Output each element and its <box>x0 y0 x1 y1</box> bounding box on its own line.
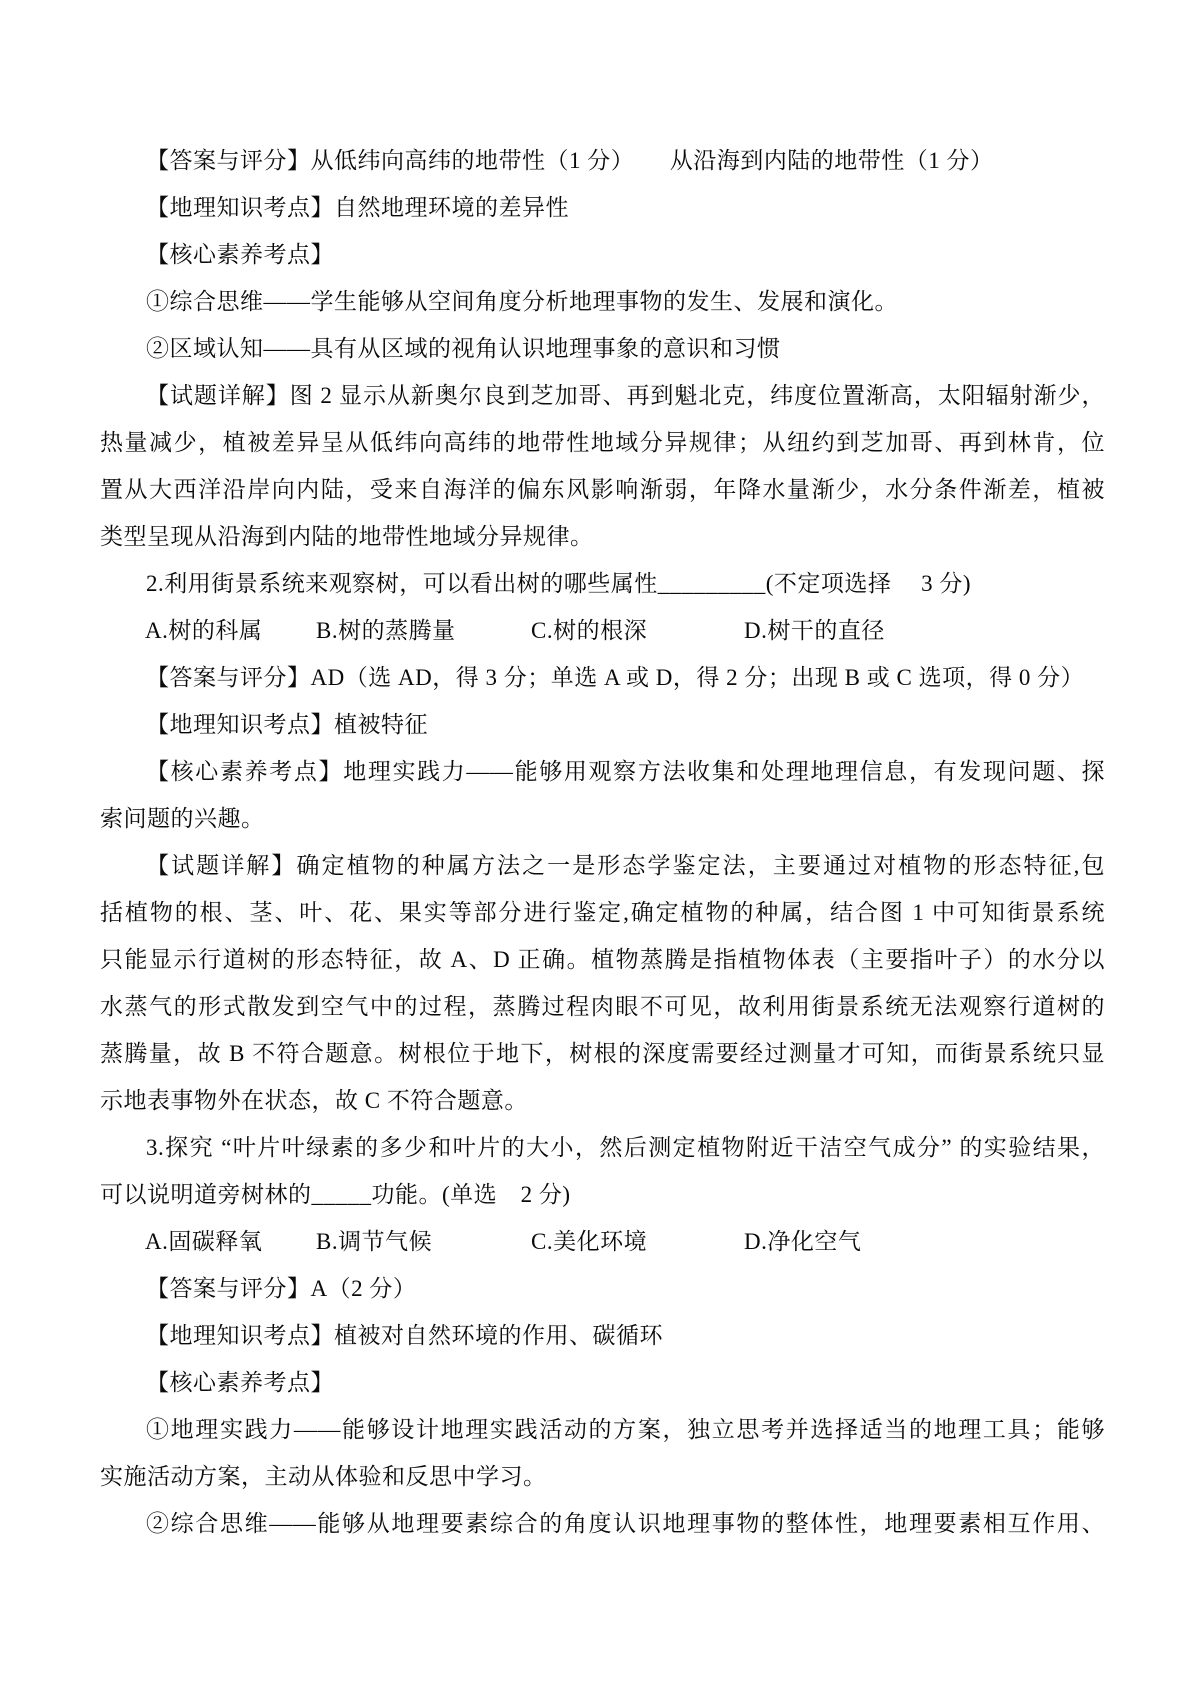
q3-option-a: A.固碳释氧 <box>145 1218 316 1265</box>
q2-detail-line-1: 【试题详解】确定植物的种属方法之一是形态学鉴定法，主要通过对植物的形态特征,包 <box>100 842 1105 889</box>
q1-knowledge-line: 【地理知识考点】自然地理环境的差异性 <box>100 184 1105 231</box>
q2-core-line-2: 索问题的兴趣。 <box>100 795 1105 842</box>
q2-option-d: D.树干的直径 <box>744 607 885 654</box>
q1-detail-line-1: 【试题详解】图 2 显示从新奥尔良到芝加哥、再到魁北克，纬度位置渐高，太阳辐射渐… <box>100 372 1105 419</box>
q2-detail-line-6: 示地表事物外在状态，故 C 不符合题意。 <box>100 1077 1105 1124</box>
q2-question-line: 2.利用街景系统来观察树，可以看出树的哪些属性_________(不定项选择 3… <box>100 560 1105 607</box>
q3-core-header-line: 【核心素养考点】 <box>100 1359 1105 1406</box>
q3-options-row: A.固碳释氧 B.调节气候 C.美化环境 D.净化空气 <box>100 1218 1105 1265</box>
q3-option-c: C.美化环境 <box>531 1218 744 1265</box>
q2-option-c: C.树的根深 <box>531 607 744 654</box>
q1-detail-line-4: 类型呈现从沿海到内陆的地带性地域分异规律。 <box>100 513 1105 560</box>
document-content: 【答案与评分】从低纬向高纬的地带性（1 分） 从沿海到内陆的地带性（1 分） 【… <box>100 137 1105 1547</box>
q2-knowledge-line: 【地理知识考点】植被特征 <box>100 701 1105 748</box>
q2-options-row: A.树的科属 B.树的蒸腾量 C.树的根深 D.树干的直径 <box>100 607 1105 654</box>
q2-core-line-1: 【核心素养考点】地理实践力——能够用观察方法收集和处理地理信息，有发现问题、探 <box>100 748 1105 795</box>
q3-core-point-1-line-2: 实施活动方案，主动从体验和反思中学习。 <box>100 1453 1105 1500</box>
q3-core-point-2-line: ②综合思维——能够从地理要素综合的角度认识地理事物的整体性，地理要素相互作用、 <box>100 1500 1105 1547</box>
q2-answer-line: 【答案与评分】AD（选 AD，得 3 分；单选 A 或 D，得 2 分；出现 B… <box>100 654 1105 701</box>
q1-answer-line: 【答案与评分】从低纬向高纬的地带性（1 分） 从沿海到内陆的地带性（1 分） <box>100 137 1105 184</box>
q1-core-header-line: 【核心素养考点】 <box>100 231 1105 278</box>
q2-detail-line-3: 只能显示行道树的形态特征，故 A、D 正确。植物蒸腾是指植物体表（主要指叶子）的… <box>100 936 1105 983</box>
q3-core-point-1-line-1: ①地理实践力——能够设计地理实践活动的方案，独立思考并选择适当的地理工具；能够 <box>100 1406 1105 1453</box>
q2-detail-line-5: 蒸腾量，故 B 不符合题意。树根位于地下，树根的深度需要经过测量才可知，而街景系… <box>100 1030 1105 1077</box>
q2-option-a: A.树的科属 <box>145 607 316 654</box>
q1-detail-line-2: 热量减少，植被差异呈从低纬向高纬的地带性地域分异规律；从纽约到芝加哥、再到林肯，… <box>100 419 1105 466</box>
q3-question-line-2: 可以说明道旁树林的_____功能。(单选 2 分) <box>100 1171 1105 1218</box>
q1-core-point-2: ②区域认知——具有从区域的视角认识地理事象的意识和习惯 <box>100 325 1105 372</box>
q2-option-b: B.树的蒸腾量 <box>316 607 531 654</box>
q3-question-line-1: 3.探究 “叶片叶绿素的多少和叶片的大小，然后测定植物附近干洁空气成分” 的实验… <box>100 1124 1105 1171</box>
document-page: 【答案与评分】从低纬向高纬的地带性（1 分） 从沿海到内陆的地带性（1 分） 【… <box>0 0 1200 1698</box>
q3-knowledge-line: 【地理知识考点】植被对自然环境的作用、碳循环 <box>100 1312 1105 1359</box>
q3-option-d: D.净化空气 <box>744 1218 861 1265</box>
q2-detail-line-2: 括植物的根、茎、叶、花、果实等部分进行鉴定,确定植物的种属，结合图 1 中可知街… <box>100 889 1105 936</box>
q3-option-b: B.调节气候 <box>316 1218 531 1265</box>
q1-detail-line-3: 置从大西洋沿岸向内陆，受来自海洋的偏东风影响渐弱，年降水量渐少，水分条件渐差，植… <box>100 466 1105 513</box>
q1-core-point-1: ①综合思维——学生能够从空间角度分析地理事物的发生、发展和演化。 <box>100 278 1105 325</box>
q3-answer-line: 【答案与评分】A（2 分） <box>100 1265 1105 1312</box>
q2-detail-line-4: 水蒸气的形式散发到空气中的过程，蒸腾过程肉眼不可见，故利用街景系统无法观察行道树… <box>100 983 1105 1030</box>
